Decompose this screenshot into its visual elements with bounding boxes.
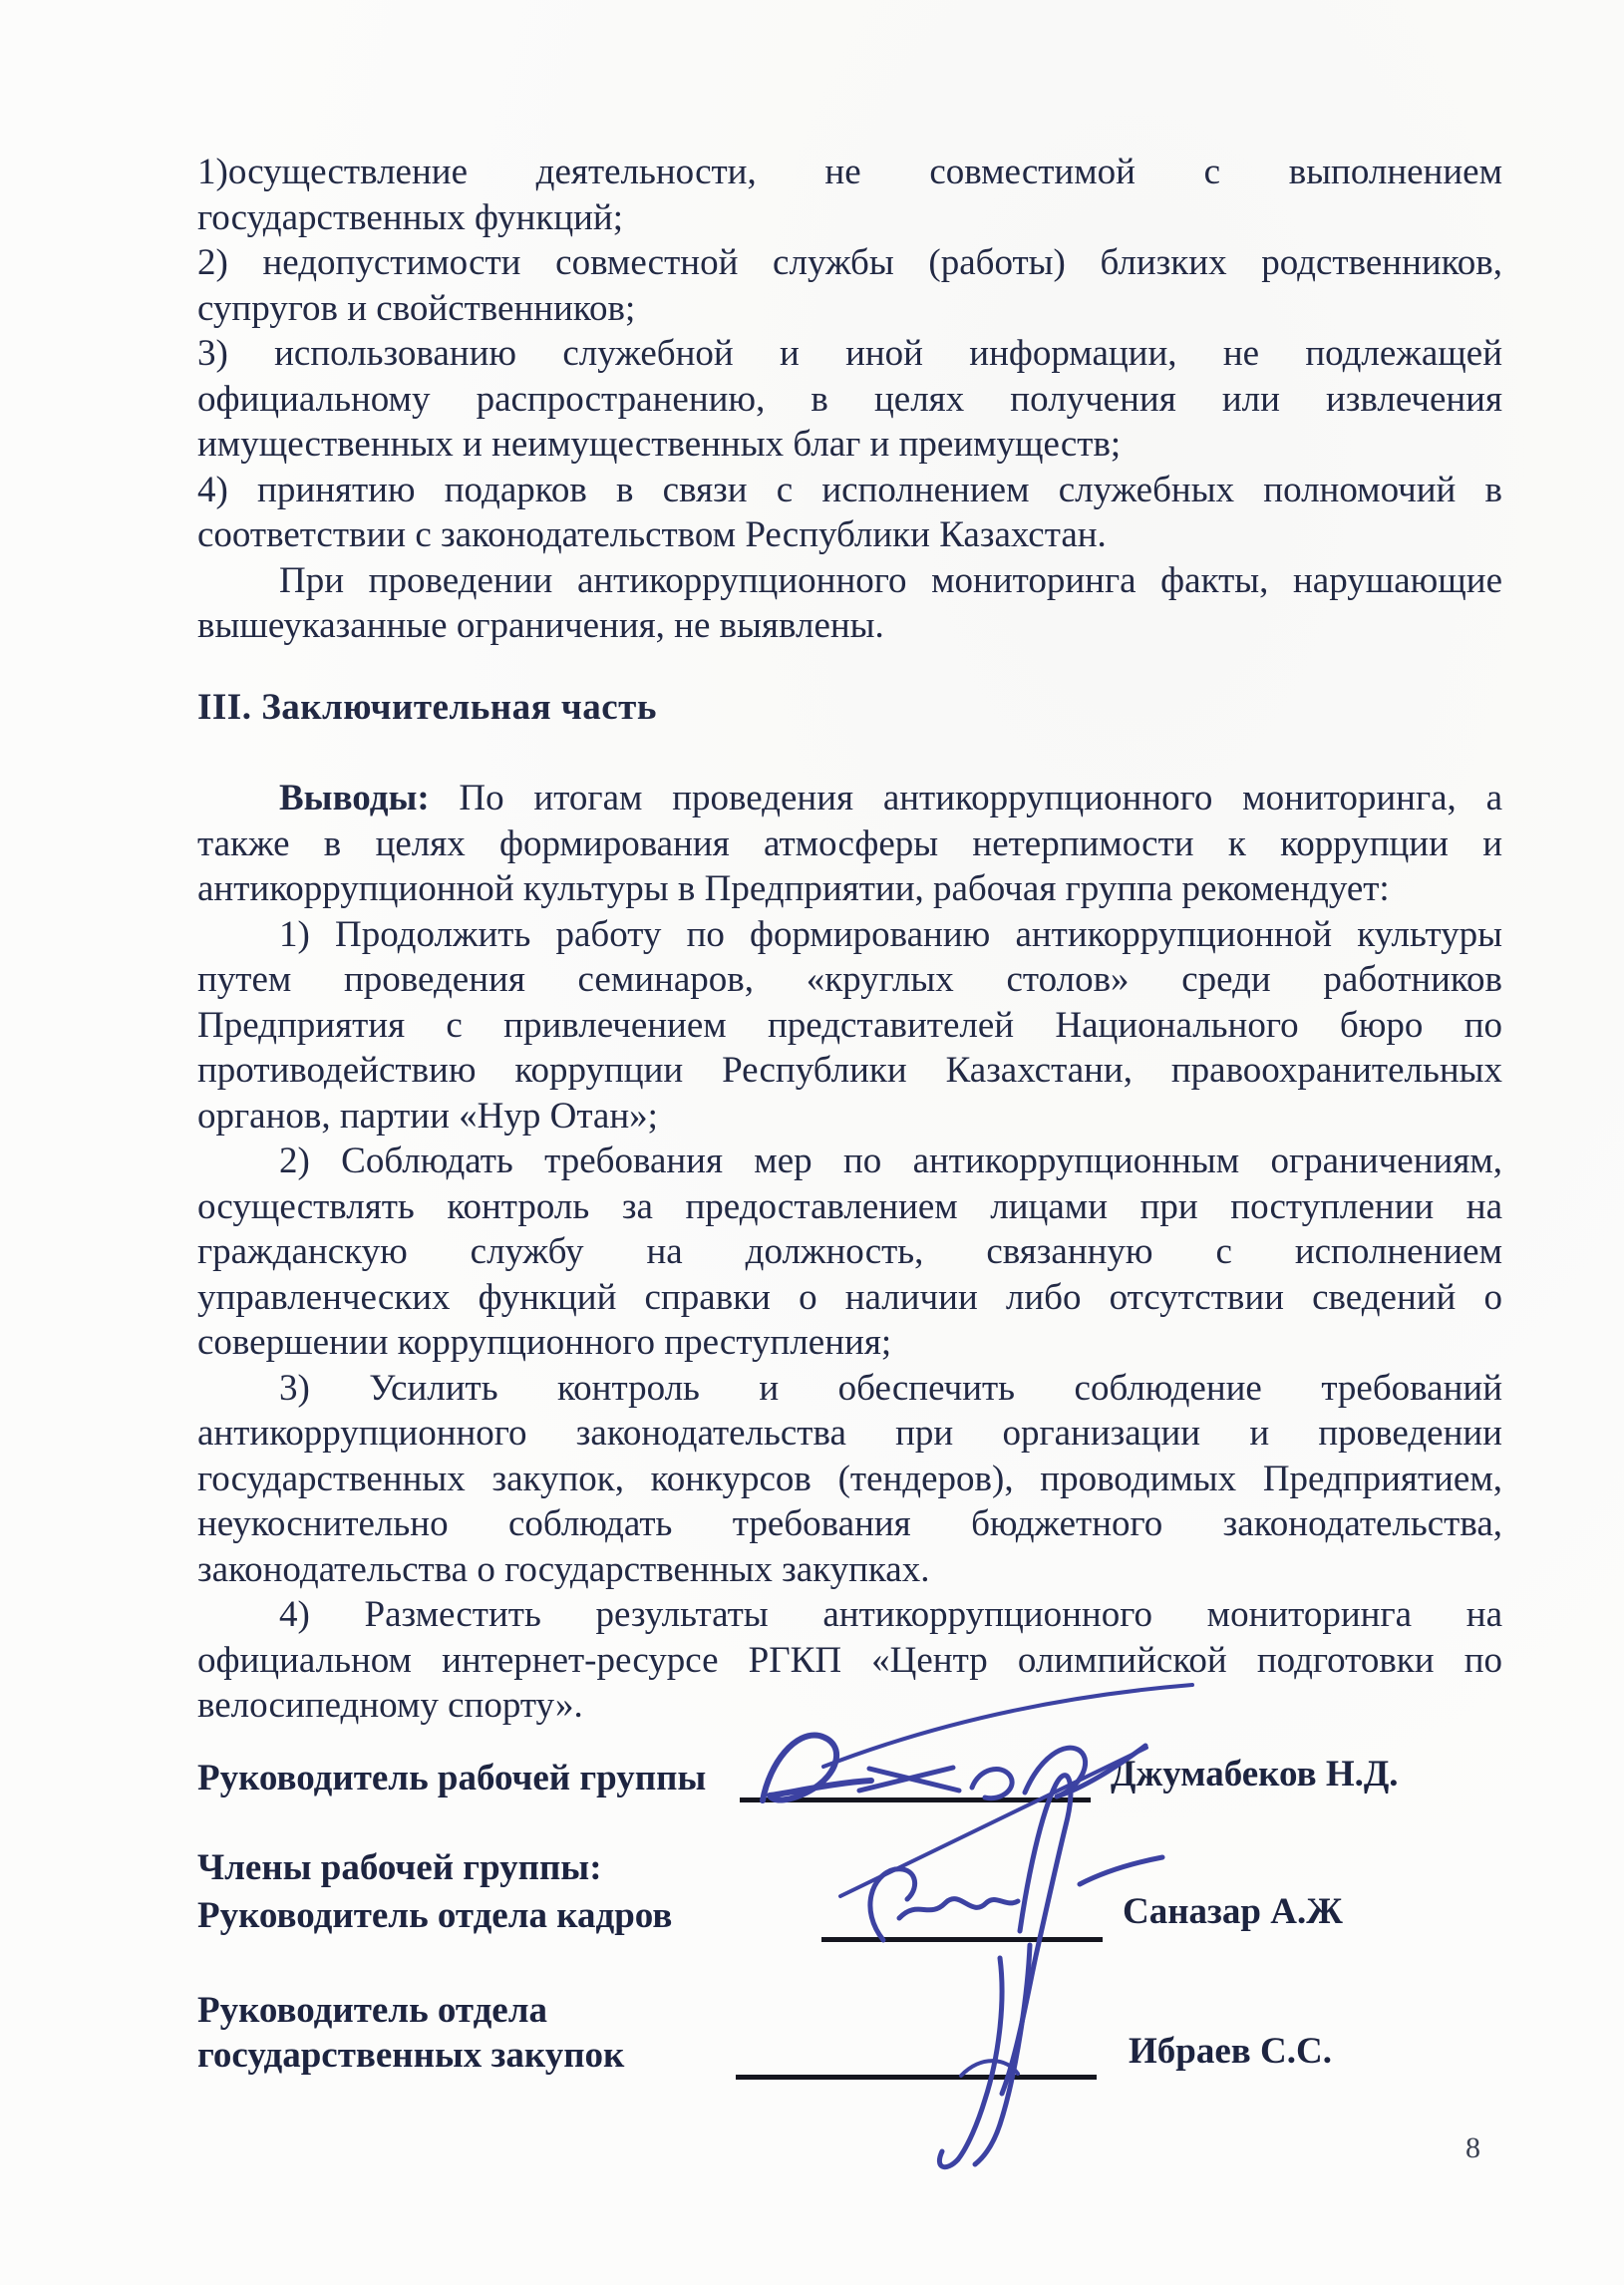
- body-text-line: неукоснительно соблюдать требования бюдж…: [197, 1501, 1502, 1547]
- body-text-line: также в целях формирования атмосферы нет…: [197, 821, 1502, 867]
- body-text-line: Предприятия с привлечением представителе…: [197, 1003, 1502, 1049]
- body-text-line: 3) использованию служебной и иной информ…: [197, 331, 1502, 377]
- body-text-line: государственных закупок, конкурсов (тенд…: [197, 1457, 1502, 1502]
- vyvody-label: Выводы:: [279, 778, 430, 818]
- body-text-line: осуществлять контроль за предоставлением…: [197, 1184, 1502, 1230]
- signatory-role-label: государственных закупок: [197, 2033, 624, 2078]
- body-text-line: 2) недопустимости совместной службы (раб…: [197, 240, 1502, 286]
- body-text-line: официальному распространению, в целях по…: [197, 377, 1502, 423]
- signature-ibraev: [939, 1945, 1030, 2167]
- body-text-line: 4) принятию подарков в связи с исполнени…: [197, 468, 1502, 513]
- body-text-line: управленческих функций справки о наличии…: [197, 1275, 1502, 1321]
- body-text-line: совершении коррупционного преступления;: [197, 1320, 1502, 1366]
- section-heading: III. Заключительная часть: [197, 685, 1502, 731]
- page-number: 8: [1465, 2131, 1480, 2165]
- signatory-group-header: Члены рабочей группы:: [197, 1845, 602, 1890]
- body-text-line: Выводы: По итогам проведения антикоррупц…: [197, 776, 1502, 821]
- body-text-line: путем проведения семинаров, «круглых сто…: [197, 957, 1502, 1003]
- body-text-span: По итогам проведения антикоррупционного …: [430, 778, 1502, 818]
- body-text-line: вышеуказанные ограничения, не выявлены.: [197, 603, 1502, 649]
- body-text-line: антикоррупционного законодательства при …: [197, 1411, 1502, 1457]
- body-text-line: 4) Разместить результаты антикоррупционн…: [197, 1592, 1502, 1638]
- body-text-line: противодействию коррупции Республики Каз…: [197, 1048, 1502, 1094]
- signatory-role-label: Руководитель отдела: [197, 1988, 547, 2033]
- body-text-line: имущественных и неимущественных благ и п…: [197, 422, 1502, 468]
- body-text-line: гражданскую службу на должность, связанн…: [197, 1229, 1502, 1275]
- handwritten-signature-ink: [598, 1645, 1246, 2193]
- body-text-line: государственных функций;: [197, 195, 1502, 241]
- body-text-line: При проведении антикоррупционного монито…: [197, 558, 1502, 604]
- body-text-line: 3) Усилить контроль и обеспечить соблюде…: [197, 1366, 1502, 1412]
- body-text-line: супругов и свойственников;: [197, 286, 1502, 332]
- body-text-line: 1) Продолжить работу по формированию ант…: [197, 912, 1502, 958]
- body-text-line: 2) Соблюдать требования мер по антикорру…: [197, 1139, 1502, 1184]
- body-text-line: 1)осуществление деятельности, не совмест…: [197, 150, 1502, 195]
- body-text-line: антикоррупционной культуры в Предприятии…: [197, 866, 1502, 912]
- body-text-line: органов, партии «Нур Отан»;: [197, 1094, 1502, 1140]
- body-text-line: соответствии с законодательством Республ…: [197, 512, 1502, 558]
- document-body: 1)осуществление деятельности, не совмест…: [197, 150, 1502, 1729]
- body-text-line: законодательства о государственных закуп…: [197, 1547, 1502, 1593]
